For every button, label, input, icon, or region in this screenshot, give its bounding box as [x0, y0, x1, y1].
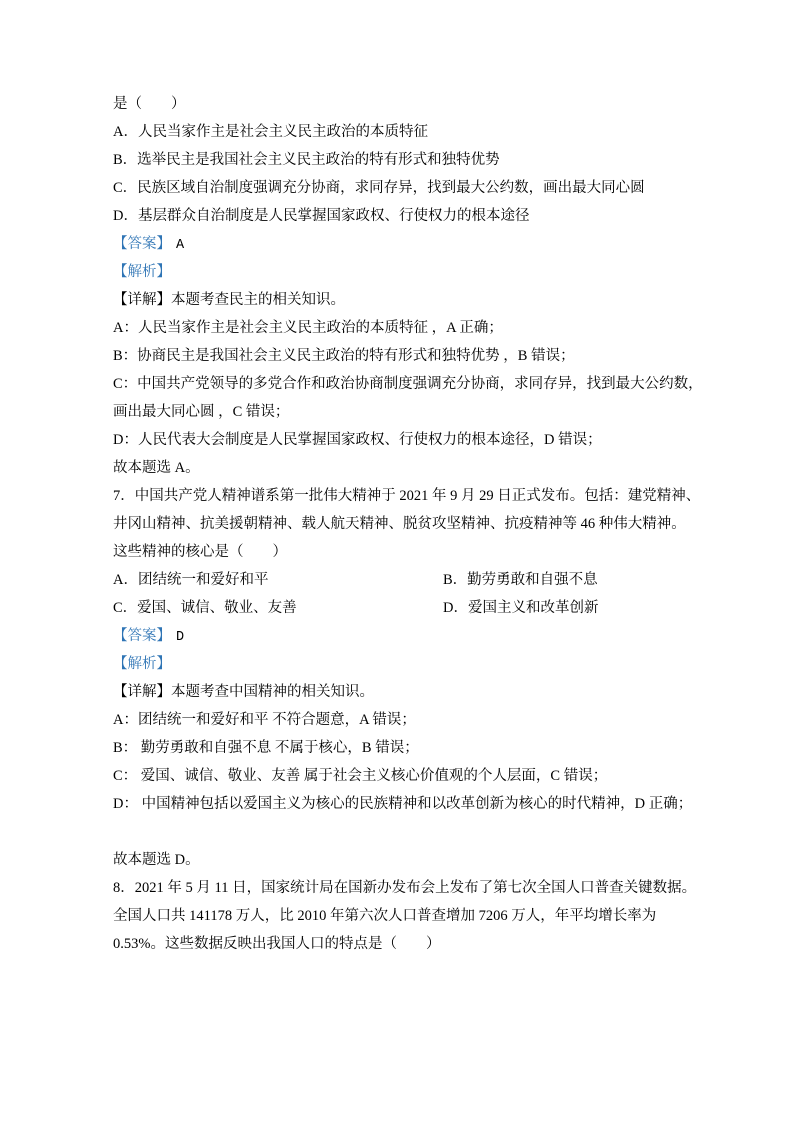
question-6-stem-tail: 是（ ） — [113, 90, 690, 118]
question-7-detail-a: A：团结统一和爱好和平 不符合题意，A 错误； — [113, 706, 690, 734]
question-6-detail-a: A：人民当家作主是社会主义民主政治的本质特征 ，A 正确； — [113, 314, 690, 342]
question-7-detail-d: D： 中国精神包括以爱国主义为核心的民族精神和以改革创新为核心的时代精神，D 正… — [113, 790, 690, 818]
answer-label: 【答案】 — [113, 236, 171, 252]
question-7-options-cd: C．爱国、诚信、敬业、友善D．爱国主义和改革创新 — [113, 594, 690, 622]
question-7-analysis-label: 【解析】 — [113, 650, 690, 678]
question-6-detail-intro: 【详解】本题考查民主的相关知识。 — [113, 286, 690, 314]
question-6-detail-d: D：人民代表大会制度是人民掌握国家政权、行使权力的根本途径，D 错误； — [113, 426, 690, 454]
question-8-stem-2: 全国人口共 141178 万人，比 2010 年第六次人口普查增加 7206 万… — [113, 902, 690, 930]
answer-value: A — [176, 238, 184, 253]
question-6-detail-b: B：协商民主是我国社会主义民主政治的特有形式和独特优势 ，B 错误； — [113, 342, 690, 370]
question-6-detail-c-2: 画出最大同心圆 ，C 错误； — [113, 398, 690, 426]
option-right: D．爱国主义和改革创新 — [443, 594, 598, 622]
question-7-options-ab: A．团结统一和爱好和平B．勤劳勇敢和自强不息 — [113, 566, 690, 594]
question-6-detail-c-1: C：中国共产党领导的多党合作和政治协商制度强调充分协商，求同存异，找到最大公约数… — [113, 370, 690, 398]
question-6-option-b: B．选举民主是我国社会主义民主政治的特有形式和独特优势 — [113, 146, 690, 174]
option-right: B．勤劳勇敢和自强不息 — [443, 566, 598, 594]
question-7-answer: 【答案】D — [113, 622, 690, 650]
option-left: C．爱国、诚信、敬业、友善 — [113, 600, 297, 616]
question-7-detail-intro: 【详解】本题考查中国精神的相关知识。 — [113, 678, 690, 706]
option-left: A．团结统一和爱好和平 — [113, 572, 268, 588]
document-page: 是（ ）A．人民当家作主是社会主义民主政治的本质特征B．选举民主是我国社会主义民… — [0, 0, 794, 1123]
question-7-stem-3: 这些精神的核心是（ ） — [113, 538, 690, 566]
answer-value: D — [176, 630, 184, 645]
question-7-detail-c: C： 爱国、诚信、敬业、友善 属于社会主义核心价值观的个人层面，C 错误； — [113, 762, 690, 790]
question-7-stem-2: 井冈山精神、抗美援朝精神、载人航天精神、脱贫攻坚精神、抗疫精神等 46 种伟大精… — [113, 510, 690, 538]
question-6-option-a: A．人民当家作主是社会主义民主政治的本质特征 — [113, 118, 690, 146]
question-6-option-d: D．基层群众自治制度是人民掌握国家政权、行使权力的根本途径 — [113, 202, 690, 230]
blank-line — [113, 818, 690, 846]
question-7-stem-1: 7．中国共产党人精神谱系第一批伟大精神于 2021 年 9 月 29 日正式发布… — [113, 482, 690, 510]
answer-label: 【答案】 — [113, 628, 171, 644]
question-8-stem-3: 0.53%。这些数据反映出我国人口的特点是（ ） — [113, 930, 690, 958]
question-6-conclusion: 故本题选 A。 — [113, 454, 690, 482]
question-6-analysis-label: 【解析】 — [113, 258, 690, 286]
question-7-conclusion: 故本题选 D。 — [113, 846, 690, 874]
question-7-detail-b: B： 勤劳勇敢和自强不息 不属于核心，B 错误； — [113, 734, 690, 762]
question-6-option-c: C．民族区域自治制度强调充分协商，求同存异，找到最大公约数，画出最大同心圆 — [113, 174, 690, 202]
question-8-stem-1: 8．2021 年 5 月 11 日，国家统计局在国新办发布会上发布了第七次全国人… — [113, 874, 690, 902]
document-body: 是（ ）A．人民当家作主是社会主义民主政治的本质特征B．选举民主是我国社会主义民… — [113, 90, 690, 958]
question-6-answer: 【答案】A — [113, 230, 690, 258]
